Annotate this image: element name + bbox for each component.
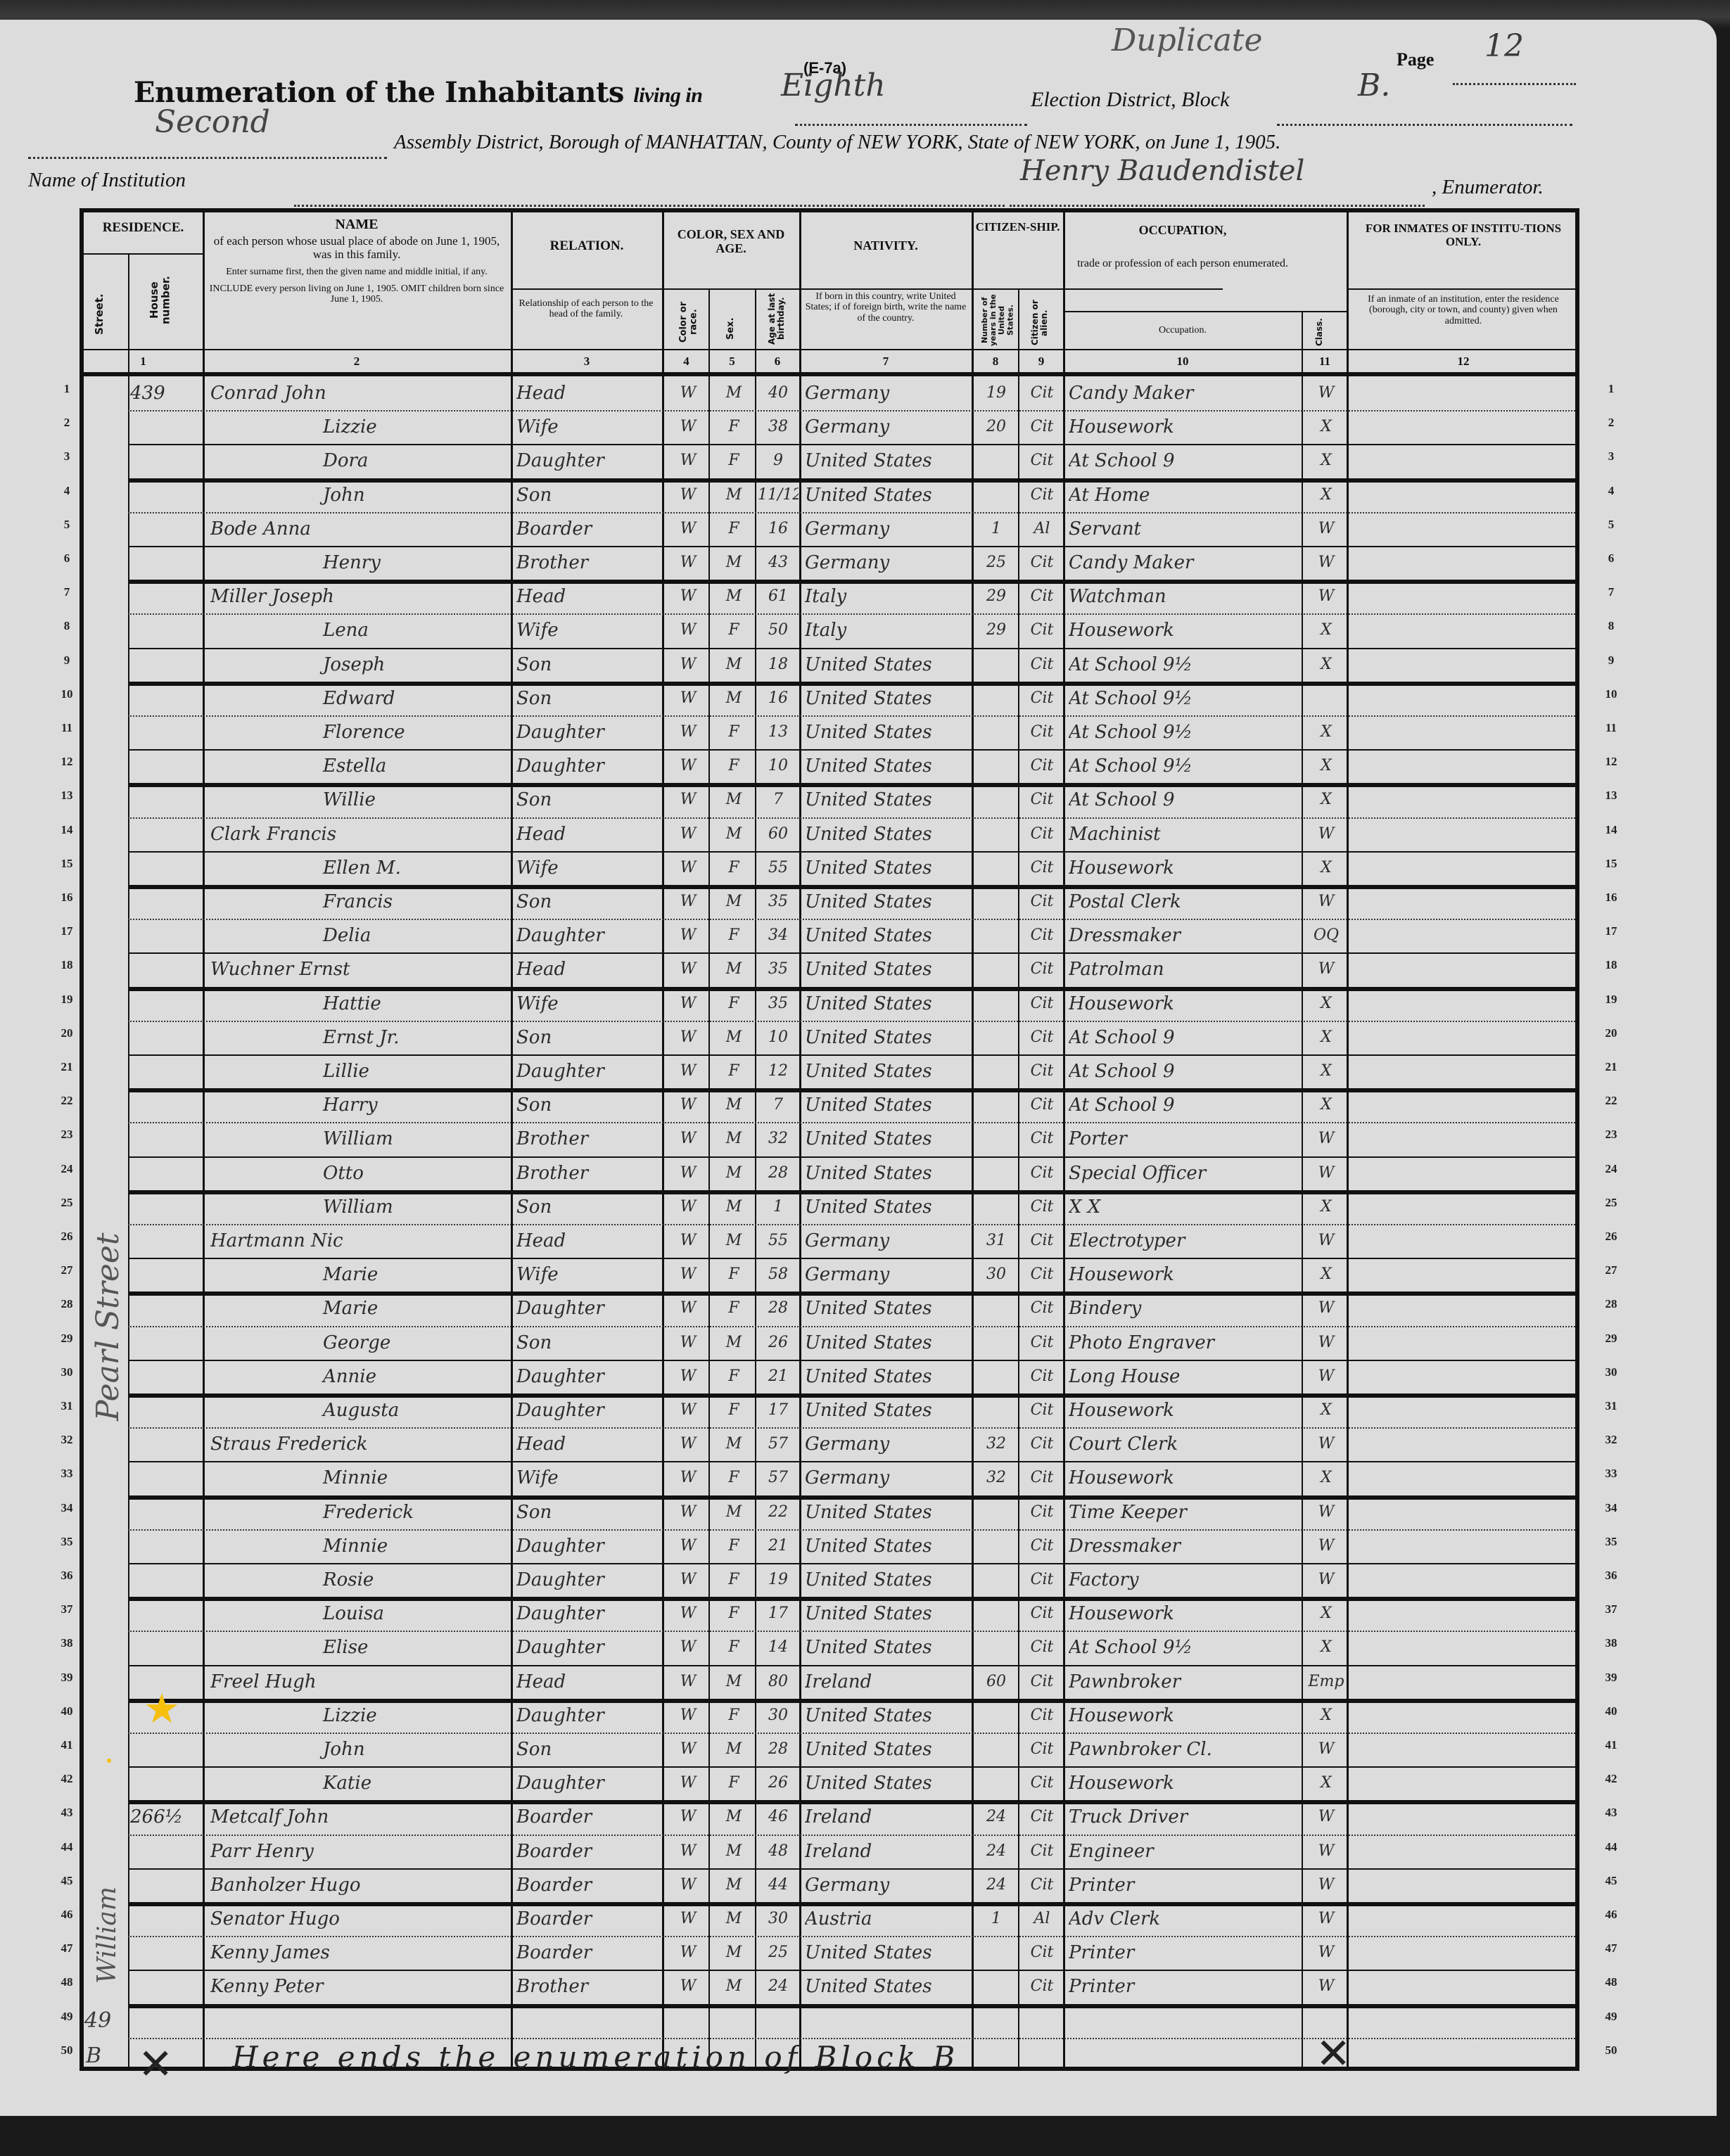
nativity-cell: United States bbox=[805, 952, 970, 986]
age-cell: 14 bbox=[758, 1631, 799, 1664]
years-in-us-cell bbox=[976, 1631, 1017, 1664]
line-number: 13 bbox=[1601, 789, 1622, 803]
name-cell: Bode Anna bbox=[210, 512, 509, 546]
sex-cell: M bbox=[713, 1190, 754, 1224]
relation-cell: Brother bbox=[516, 1122, 661, 1156]
age-cell: 28 bbox=[758, 1733, 799, 1766]
class-cell: X bbox=[1306, 1054, 1347, 1088]
house-number-cell bbox=[130, 1766, 201, 1800]
table-row: Wuchner ErnstHeadWM35United StatesCitPat… bbox=[84, 952, 1575, 986]
class-cell: X bbox=[1306, 1088, 1347, 1122]
age-cell: 21 bbox=[758, 1529, 799, 1563]
line-number: 3 bbox=[1601, 449, 1622, 464]
age-cell bbox=[758, 2004, 799, 2038]
class-cell: W bbox=[1306, 1427, 1347, 1461]
color-cell: W bbox=[668, 1122, 708, 1156]
nativity-cell: United States bbox=[805, 1393, 970, 1427]
class-cell: OQ bbox=[1306, 919, 1347, 952]
sex-cell: F bbox=[713, 851, 754, 885]
house-number-cell bbox=[130, 2004, 201, 2038]
table-row: Ellen M.WifeWF55United StatesCitHousewor… bbox=[84, 851, 1575, 885]
sex-cell bbox=[713, 2004, 754, 2038]
citizen-cell: Cit bbox=[1022, 682, 1062, 715]
nativity-cell: United States bbox=[805, 648, 970, 682]
relation-cell: Son bbox=[516, 682, 661, 715]
class-cell: X bbox=[1306, 1393, 1347, 1427]
living-in-label: living in bbox=[633, 84, 702, 107]
citizen-cell: Cit bbox=[1022, 715, 1062, 749]
line-number: 25 bbox=[1601, 1196, 1622, 1210]
line-number: 42 bbox=[1601, 1772, 1622, 1786]
relation-cell: Boarder bbox=[516, 1868, 661, 1902]
relation-cell: Boarder bbox=[516, 1902, 661, 1936]
class-cell: X bbox=[1306, 613, 1347, 647]
table-row: Straus FrederickHeadWM57Germany32CitCour… bbox=[84, 1427, 1575, 1461]
class-cell: W bbox=[1306, 376, 1347, 410]
line-number-left: 32 bbox=[56, 1433, 77, 1447]
citizen-cell: Cit bbox=[1022, 817, 1062, 851]
years-in-us-cell bbox=[976, 2038, 1017, 2072]
age-cell: 30 bbox=[758, 1902, 799, 1936]
line-number-left: 4 bbox=[56, 484, 77, 498]
class-cell: X bbox=[1306, 987, 1347, 1021]
line-number-left: 3 bbox=[56, 449, 77, 464]
sex-cell: F bbox=[713, 1597, 754, 1631]
occupation-cell: Engineer bbox=[1069, 1835, 1301, 1868]
class-cell: W bbox=[1306, 1529, 1347, 1563]
table-row: Bode AnnaBoarderWF16Germany1AlServantW bbox=[84, 512, 1575, 546]
color-cell: W bbox=[668, 1156, 708, 1190]
citizen-cell: Cit bbox=[1022, 1054, 1062, 1088]
citizen-cell: Cit bbox=[1022, 1733, 1062, 1766]
cross-mark-icon: ✕ bbox=[138, 2040, 173, 2089]
table-row: LillieDaughterWF12United StatesCitAt Sch… bbox=[84, 1054, 1575, 1088]
line-number-left: 30 bbox=[56, 1365, 77, 1379]
colnum-4: 4 bbox=[664, 355, 708, 369]
line-number: 20 bbox=[1601, 1026, 1622, 1040]
relation-cell: Daughter bbox=[516, 1766, 661, 1800]
age-cell: 26 bbox=[758, 1766, 799, 1800]
citizen-cell: Cit bbox=[1022, 1529, 1062, 1563]
years-in-us-cell: 60 bbox=[976, 1665, 1017, 1699]
class-cell: X bbox=[1306, 1766, 1347, 1800]
color-cell: W bbox=[668, 580, 708, 613]
class-cell: W bbox=[1306, 1733, 1347, 1766]
name-instr1: Enter surname first, then the given name… bbox=[205, 267, 509, 277]
table-row: WillieSonWM7United StatesCitAt School 9X bbox=[84, 783, 1575, 817]
color-cell: W bbox=[668, 1021, 708, 1054]
age-cell: 25 bbox=[758, 1936, 799, 1970]
line-number-left: 15 bbox=[56, 857, 77, 871]
years-in-us-cell: 29 bbox=[976, 613, 1017, 647]
color-cell: W bbox=[668, 478, 708, 512]
line-number: 7 bbox=[1601, 585, 1622, 599]
nativity-cell: United States bbox=[805, 444, 970, 478]
table-row: MarieDaughterWF28United StatesCitBindery… bbox=[84, 1291, 1575, 1325]
line-number: 46 bbox=[1601, 1908, 1622, 1922]
nativity-cell: United States bbox=[805, 1699, 970, 1733]
table-row: WilliamBrotherWM32United StatesCitPorter… bbox=[84, 1122, 1575, 1156]
years-in-us-cell bbox=[976, 1088, 1017, 1122]
nativity-cell: Germany bbox=[805, 1224, 970, 1258]
hdr-line bbox=[84, 253, 203, 255]
years-in-us-cell bbox=[976, 783, 1017, 817]
sex-cell: F bbox=[713, 512, 754, 546]
class-cell: W bbox=[1306, 1970, 1347, 2003]
sex-cell: M bbox=[713, 1970, 754, 2003]
occupation-cell: Bindery bbox=[1069, 1291, 1301, 1325]
class-cell: X bbox=[1306, 851, 1347, 885]
relation-cell: Head bbox=[516, 952, 661, 986]
line-number: 2 bbox=[1601, 416, 1622, 430]
color-cell: W bbox=[668, 1360, 708, 1393]
nativity-desc: If born in this country, write United St… bbox=[804, 291, 967, 324]
color-cell: W bbox=[668, 715, 708, 749]
citizen-cell: Cit bbox=[1022, 376, 1062, 410]
table-row: EliseDaughterWF14United StatesCitAt Scho… bbox=[84, 1631, 1575, 1664]
table-row: MinnieWifeWF57Germany32CitHouseworkX bbox=[84, 1461, 1575, 1495]
years-in-us-cell bbox=[976, 1122, 1017, 1156]
table-row: GeorgeSonWM26United StatesCitPhoto Engra… bbox=[84, 1326, 1575, 1360]
occupation-cell: At School 9 bbox=[1069, 1088, 1301, 1122]
name-cell: Kenny James bbox=[210, 1936, 509, 1970]
line-number-left: 6 bbox=[56, 551, 77, 566]
hdr-line bbox=[1347, 288, 1575, 290]
line-number-left: 49 bbox=[56, 2010, 77, 2024]
table-row: Ernst Jr.SonWM10United StatesCitAt Schoo… bbox=[84, 1021, 1575, 1054]
line-number-left: 37 bbox=[56, 1602, 77, 1616]
line-number-left: 26 bbox=[56, 1230, 77, 1244]
inmates-header: FOR INMATES OF INSTITU-TIONS ONLY. bbox=[1350, 222, 1577, 248]
nativity-cell: Germany bbox=[805, 1461, 970, 1495]
nativity-cell: United States bbox=[805, 783, 970, 817]
class-cell: W bbox=[1306, 1835, 1347, 1868]
table-row: EstellaDaughterWF10United StatesCitAt Sc… bbox=[84, 749, 1575, 783]
occupation-cell: Postal Clerk bbox=[1069, 885, 1301, 919]
relation-cell: Brother bbox=[516, 546, 661, 580]
nativity-cell: United States bbox=[805, 1088, 970, 1122]
color-cell: W bbox=[668, 1868, 708, 1902]
class-cell: X bbox=[1306, 1021, 1347, 1054]
line-number: 37 bbox=[1601, 1602, 1622, 1616]
sex-cell: F bbox=[713, 613, 754, 647]
nativity-cell: United States bbox=[805, 1766, 970, 1800]
nativity-cell: United States bbox=[805, 478, 970, 512]
citizen-cell: Cit bbox=[1022, 987, 1062, 1021]
citizenship-header: CITIZEN-SHIP. bbox=[974, 221, 1062, 234]
relation-header: RELATION. bbox=[513, 239, 661, 254]
table-row: HattieWifeWF35United StatesCitHouseworkX bbox=[84, 987, 1575, 1021]
sex-cell: F bbox=[713, 1631, 754, 1664]
table-row: 439Conrad JohnHeadWM40Germany19CitCandy … bbox=[84, 376, 1575, 410]
line-number: 39 bbox=[1601, 1671, 1622, 1685]
class-cell: X bbox=[1306, 715, 1347, 749]
name-cell: Clark Francis bbox=[210, 817, 509, 851]
house-number-cell bbox=[130, 648, 201, 682]
line-number: 12 bbox=[1601, 755, 1622, 769]
color-cell: W bbox=[668, 1665, 708, 1699]
class-cell: X bbox=[1306, 444, 1347, 478]
occupation-cell: Housework bbox=[1069, 1258, 1301, 1291]
sex-cell: F bbox=[713, 1529, 754, 1563]
occupation-cell: Servant bbox=[1069, 512, 1301, 546]
years-in-us-cell bbox=[976, 1733, 1017, 1766]
color-cell: W bbox=[668, 682, 708, 715]
line-number-left: 9 bbox=[56, 653, 77, 668]
age-cell: 55 bbox=[758, 851, 799, 885]
line-number-left: 23 bbox=[56, 1128, 77, 1142]
name-cell: Hartmann Nic bbox=[210, 1224, 509, 1258]
sex-cell: M bbox=[713, 1495, 754, 1529]
occupation-cell: Printer bbox=[1069, 1970, 1301, 2003]
nativity-cell: United States bbox=[805, 1326, 970, 1360]
class-cell: X bbox=[1306, 1258, 1347, 1291]
line-number: 43 bbox=[1601, 1806, 1622, 1820]
nativity-cell: Germany bbox=[805, 376, 970, 410]
nativity-cell: United States bbox=[805, 1156, 970, 1190]
line-number: 33 bbox=[1601, 1467, 1622, 1481]
occupation-cell: At School 9 bbox=[1069, 444, 1301, 478]
relation-cell: Son bbox=[516, 1495, 661, 1529]
table-row bbox=[84, 2004, 1575, 2038]
margin-annotation-b: B bbox=[86, 2043, 101, 2068]
sex-cell: M bbox=[713, 1122, 754, 1156]
sex-cell: F bbox=[713, 410, 754, 444]
citizen-cell: Cit bbox=[1022, 1326, 1062, 1360]
name-cell: Conrad John bbox=[210, 376, 509, 410]
color-cell: W bbox=[668, 1699, 708, 1733]
house-number-cell bbox=[130, 1902, 201, 1936]
sex-cell: M bbox=[713, 1156, 754, 1190]
color-cell: W bbox=[668, 885, 708, 919]
line-number: 30 bbox=[1601, 1365, 1622, 1379]
table-row: WilliamSonWM1United StatesCitX XX bbox=[84, 1190, 1575, 1224]
class-header: Class. bbox=[1315, 318, 1324, 346]
years-in-us-cell bbox=[976, 1360, 1017, 1393]
name-cell: Parr Henry bbox=[210, 1835, 509, 1868]
hdr-line bbox=[511, 288, 1223, 290]
class-cell bbox=[1306, 682, 1347, 715]
class-cell: W bbox=[1306, 952, 1347, 986]
nativity-header: NATIVITY. bbox=[801, 239, 970, 253]
occupation-cell: At School 9½ bbox=[1069, 1631, 1301, 1664]
house-number-cell bbox=[130, 1631, 201, 1664]
nativity-cell: United States bbox=[805, 987, 970, 1021]
table-row: MinnieDaughterWF21United StatesCitDressm… bbox=[84, 1529, 1575, 1563]
line-number: 41 bbox=[1601, 1738, 1622, 1752]
age-cell: 16 bbox=[758, 512, 799, 546]
table-row: 266½Metcalf JohnBoarderWM46Ireland24CitT… bbox=[84, 1800, 1575, 1834]
relation-cell: Son bbox=[516, 1190, 661, 1224]
line-number-left: 27 bbox=[56, 1263, 77, 1277]
line-number: 34 bbox=[1601, 1501, 1622, 1515]
line-number-left: 1 bbox=[56, 382, 77, 396]
line-number: 18 bbox=[1601, 958, 1622, 972]
house-number-cell bbox=[130, 1190, 201, 1224]
line-number: 28 bbox=[1601, 1297, 1622, 1311]
nativity-cell: Germany bbox=[805, 1258, 970, 1291]
sex-cell: M bbox=[713, 1733, 754, 1766]
line-number-left: 50 bbox=[56, 2043, 77, 2058]
relation-cell: Daughter bbox=[516, 1054, 661, 1088]
sex-cell: M bbox=[713, 1088, 754, 1122]
star-icon[interactable]: ★ bbox=[144, 1688, 180, 1729]
line-number: 44 bbox=[1601, 1840, 1622, 1854]
sex-cell: M bbox=[713, 783, 754, 817]
census-table: RESIDENCE. Street. House number. NAME of… bbox=[79, 208, 1579, 2071]
age-cell: 11/12 bbox=[758, 478, 799, 512]
color-cell: W bbox=[668, 1835, 708, 1868]
line-number: 16 bbox=[1601, 891, 1622, 905]
nativity-cell: United States bbox=[805, 885, 970, 919]
sex-cell: F bbox=[713, 444, 754, 478]
table-row: Hartmann NicHeadWM55Germany31CitElectrot… bbox=[84, 1224, 1575, 1258]
color-cell bbox=[668, 2004, 708, 2038]
assembly-district-value: Second bbox=[155, 104, 270, 140]
years-in-us-cell bbox=[976, 987, 1017, 1021]
color-cell: W bbox=[668, 410, 708, 444]
inmates-desc: If an inmate of an institution, enter th… bbox=[1353, 294, 1574, 326]
age-cell: 48 bbox=[758, 1835, 799, 1868]
house-number-cell bbox=[130, 1563, 201, 1597]
citizen-cell: Cit bbox=[1022, 1021, 1062, 1054]
relation-cell: Son bbox=[516, 1021, 661, 1054]
duplicate-annotation: Duplicate bbox=[1112, 23, 1263, 58]
citizen-cell: Cit bbox=[1022, 1427, 1062, 1461]
table-row: DoraDaughterWF9United StatesCitAt School… bbox=[84, 444, 1575, 478]
class-cell: Emp bbox=[1306, 1665, 1347, 1699]
years-in-us-cell bbox=[976, 648, 1017, 682]
occupation-cell: At School 9½ bbox=[1069, 715, 1301, 749]
nativity-cell: United States bbox=[805, 1291, 970, 1325]
color-cell: W bbox=[668, 1936, 708, 1970]
sex-cell: M bbox=[713, 1835, 754, 1868]
color-cell: W bbox=[668, 613, 708, 647]
age-cell: 57 bbox=[758, 1461, 799, 1495]
house-number-cell bbox=[130, 1224, 201, 1258]
line-number: 9 bbox=[1601, 653, 1622, 668]
relation-cell: Daughter bbox=[516, 1529, 661, 1563]
table-row: LenaWifeWF50Italy29CitHouseworkX bbox=[84, 613, 1575, 647]
table-row: AugustaDaughterWF17United StatesCitHouse… bbox=[84, 1393, 1575, 1427]
line-number-left: 16 bbox=[56, 891, 77, 905]
sex-cell: M bbox=[713, 1868, 754, 1902]
class-cell: W bbox=[1306, 1563, 1347, 1597]
house-number-cell bbox=[130, 1427, 201, 1461]
citizen-cell: Cit bbox=[1022, 1563, 1062, 1597]
house-number-cell bbox=[130, 715, 201, 749]
relation-cell: Head bbox=[516, 1665, 661, 1699]
relation-cell: Son bbox=[516, 1088, 661, 1122]
line-number-left: 21 bbox=[56, 1060, 77, 1074]
nativity-cell: United States bbox=[805, 1190, 970, 1224]
house-number-cell bbox=[130, 952, 201, 986]
years-in-us-header: Number of years in the United States. bbox=[981, 291, 1015, 349]
class-cell: W bbox=[1306, 580, 1347, 613]
colnum-9: 9 bbox=[1019, 355, 1063, 369]
class-cell: W bbox=[1306, 1936, 1347, 1970]
relation-cell: Wife bbox=[516, 1258, 661, 1291]
color-cell: W bbox=[668, 952, 708, 986]
age-cell: 35 bbox=[758, 987, 799, 1021]
line-number-left: 36 bbox=[56, 1569, 77, 1583]
line-number: 36 bbox=[1601, 1569, 1622, 1583]
occupation-header: OCCUPATION, bbox=[1065, 224, 1300, 238]
age-cell: 28 bbox=[758, 1156, 799, 1190]
house-number-cell bbox=[130, 749, 201, 783]
occupation-cell: Pawnbroker Cl. bbox=[1069, 1733, 1301, 1766]
years-in-us-cell bbox=[976, 1054, 1017, 1088]
class-cell: X bbox=[1306, 1597, 1347, 1631]
color-cell: W bbox=[668, 376, 708, 410]
nativity-cell: Austria bbox=[805, 1902, 970, 1936]
colnum-5: 5 bbox=[710, 355, 754, 369]
age-cell: 43 bbox=[758, 546, 799, 580]
years-in-us-cell bbox=[976, 1936, 1017, 1970]
sex-cell: M bbox=[713, 648, 754, 682]
sex-cell: F bbox=[713, 1699, 754, 1733]
election-district-label: Election District, Block bbox=[1031, 88, 1229, 112]
line-number: 47 bbox=[1601, 1941, 1622, 1956]
years-in-us-cell: 24 bbox=[976, 1835, 1017, 1868]
nativity-cell: United States bbox=[805, 1495, 970, 1529]
sex-cell: F bbox=[713, 715, 754, 749]
occupation-cell: Special Officer bbox=[1069, 1156, 1301, 1190]
line-number: 17 bbox=[1601, 924, 1622, 938]
occupation-cell: At School 9½ bbox=[1069, 682, 1301, 715]
line-number-left: 39 bbox=[56, 1671, 77, 1685]
class-cell: W bbox=[1306, 546, 1347, 580]
age-cell: 32 bbox=[758, 1122, 799, 1156]
sex-cell: M bbox=[713, 1800, 754, 1834]
line-number: 6 bbox=[1601, 551, 1622, 566]
house-number-cell bbox=[130, 1088, 201, 1122]
years-in-us-cell bbox=[976, 1495, 1017, 1529]
sex-cell: F bbox=[713, 1054, 754, 1088]
sex-cell: M bbox=[713, 1665, 754, 1699]
name-cell: Freel Hugh bbox=[210, 1665, 509, 1699]
line-number: 10 bbox=[1601, 687, 1622, 701]
nativity-cell: United States bbox=[805, 851, 970, 885]
line-number-left: 41 bbox=[56, 1738, 77, 1752]
line-number-left: 33 bbox=[56, 1467, 77, 1481]
age-cell: 7 bbox=[758, 783, 799, 817]
color-cell: W bbox=[668, 1054, 708, 1088]
nativity-cell: Italy bbox=[805, 580, 970, 613]
house-number-cell bbox=[130, 1360, 201, 1393]
house-number-cell bbox=[130, 1597, 201, 1631]
table-row: LizzieWifeWF38Germany20CitHouseworkX bbox=[84, 410, 1575, 444]
years-in-us-cell: 29 bbox=[976, 580, 1017, 613]
nativity-cell: Germany bbox=[805, 546, 970, 580]
block-value: B. bbox=[1358, 68, 1390, 103]
sex-cell: F bbox=[713, 987, 754, 1021]
line-number: 40 bbox=[1601, 1704, 1622, 1718]
line-number-left: 44 bbox=[56, 1840, 77, 1854]
years-in-us-cell bbox=[976, 952, 1017, 986]
years-in-us-cell: 31 bbox=[976, 1224, 1017, 1258]
nativity-cell: United States bbox=[805, 749, 970, 783]
occupation-cell: At School 9 bbox=[1069, 783, 1301, 817]
color-cell: W bbox=[668, 1766, 708, 1800]
age-cell: 50 bbox=[758, 613, 799, 647]
years-in-us-cell bbox=[976, 2004, 1017, 2038]
occupation-cell: Housework bbox=[1069, 1393, 1301, 1427]
table-row: HenryBrotherWM43Germany25CitCandy MakerW bbox=[84, 546, 1575, 580]
election-district-line bbox=[795, 108, 1027, 132]
line-number-left: 5 bbox=[56, 518, 77, 532]
class-cell: X bbox=[1306, 749, 1347, 783]
